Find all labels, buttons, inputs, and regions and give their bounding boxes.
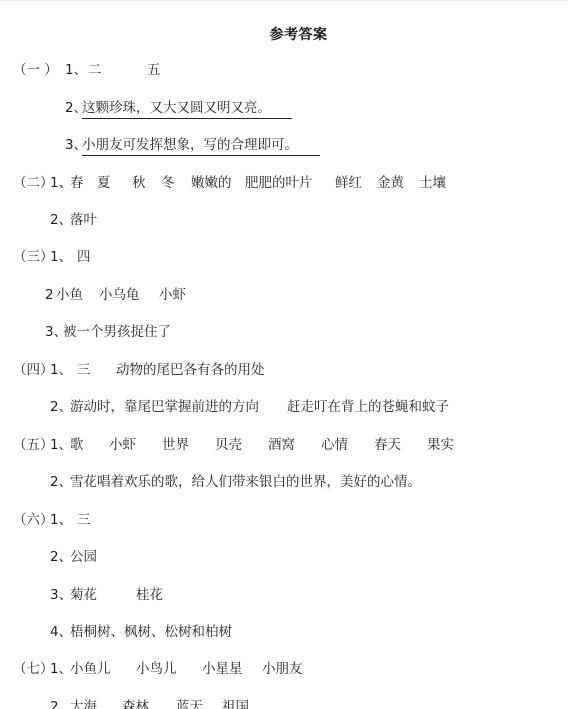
item-number: 2、 xyxy=(50,398,72,416)
item-number: 2、 xyxy=(50,211,72,229)
item-number: 1、 xyxy=(50,361,72,379)
answer: 落叶 xyxy=(70,211,97,229)
section-label: （二） xyxy=(13,174,54,192)
answer: 世界 xyxy=(162,436,189,454)
answer: 小朋友 xyxy=(262,660,303,678)
page-top-border xyxy=(0,0,568,1)
answer: 果实 xyxy=(427,436,454,454)
item-number: 1、 xyxy=(50,174,72,192)
underlined-answer: 这颗珍珠，又大又圆又明又亮。 xyxy=(82,99,292,119)
answer: 赶走叮在背上的苍蝇和蚊子 xyxy=(287,398,449,416)
answer: 秋 xyxy=(132,174,146,192)
answer: 小鸟儿 xyxy=(136,660,177,678)
answer: 菊花 xyxy=(70,586,97,604)
answer: 被一个男孩捉住了 xyxy=(63,323,171,341)
answer: 三 xyxy=(77,361,91,379)
answer: 小鱼 xyxy=(56,286,83,304)
section-label: （五） xyxy=(13,436,54,454)
answer: 小星星 xyxy=(202,660,243,678)
section-label: （一 ） xyxy=(13,61,58,79)
section-label: （七） xyxy=(13,660,54,678)
section-label: （六） xyxy=(13,511,54,529)
answer: 蓝天 xyxy=(176,698,203,709)
answer: 金黄 xyxy=(377,174,404,192)
answer: 公园 xyxy=(70,548,97,566)
answer: 贝壳 xyxy=(215,436,242,454)
answer: 森林 xyxy=(122,698,149,709)
answer-key-page: 参考答案 （一 ） 1、 二 五 2、 这颗珍珠，又大又圆又明又亮。 3、 小朋… xyxy=(0,0,568,709)
answer: 雪花唱着欢乐的歌，给人们带来银白的世界，美好的心情。 xyxy=(70,473,421,491)
answer: 三 xyxy=(77,511,91,529)
answer: 祖国 xyxy=(222,698,249,709)
answer: 动物的尾巴各有各的用处 xyxy=(116,361,265,379)
item-number: 3、 xyxy=(50,586,72,604)
answer: 小虾 xyxy=(109,436,136,454)
item-number: 2、 xyxy=(50,473,72,491)
answer: 酒窝 xyxy=(268,436,295,454)
answer: 大海 xyxy=(70,698,97,709)
item-number: 1、 xyxy=(50,511,72,529)
answer: 土壤 xyxy=(419,174,446,192)
answer: 小虾 xyxy=(159,286,186,304)
answer: 鲜红 xyxy=(335,174,362,192)
answer: 桂花 xyxy=(136,586,163,604)
page-title: 参考答案 xyxy=(0,24,568,44)
item-number: 2、 xyxy=(50,698,72,709)
answer: 春 xyxy=(70,174,84,192)
item-number: 1、 xyxy=(65,61,87,79)
item-number: 1、 xyxy=(50,436,72,454)
item-number: 2、 xyxy=(50,548,72,566)
item-number: 1、 xyxy=(50,660,72,678)
answer: 冬 xyxy=(161,174,175,192)
item-number: 2 xyxy=(45,286,54,304)
answer: 小乌龟 xyxy=(99,286,140,304)
answer: 小鱼儿 xyxy=(70,660,111,678)
answer: 五 xyxy=(147,61,161,79)
underlined-answer: 小朋友可发挥想象，写的合理即可。 xyxy=(82,136,320,156)
answer: 夏 xyxy=(97,174,111,192)
item-number: 4、 xyxy=(50,623,72,641)
answer: 春天 xyxy=(374,436,401,454)
section-label: （四） xyxy=(13,361,54,379)
item-number: 1、 xyxy=(50,248,72,266)
answer: 二 xyxy=(88,61,102,79)
answer: 游动时，靠尾巴掌握前进的方向 xyxy=(70,398,259,416)
section-label: （三） xyxy=(13,248,54,266)
answer: 四 xyxy=(77,248,91,266)
answer: 嫩嫩的 xyxy=(191,174,232,192)
answer: 心情 xyxy=(321,436,348,454)
answer: 梧桐树、枫树、松树和柏树 xyxy=(70,623,232,641)
answer: 歌 xyxy=(70,436,84,454)
answer: 肥肥的叶片 xyxy=(245,174,313,192)
